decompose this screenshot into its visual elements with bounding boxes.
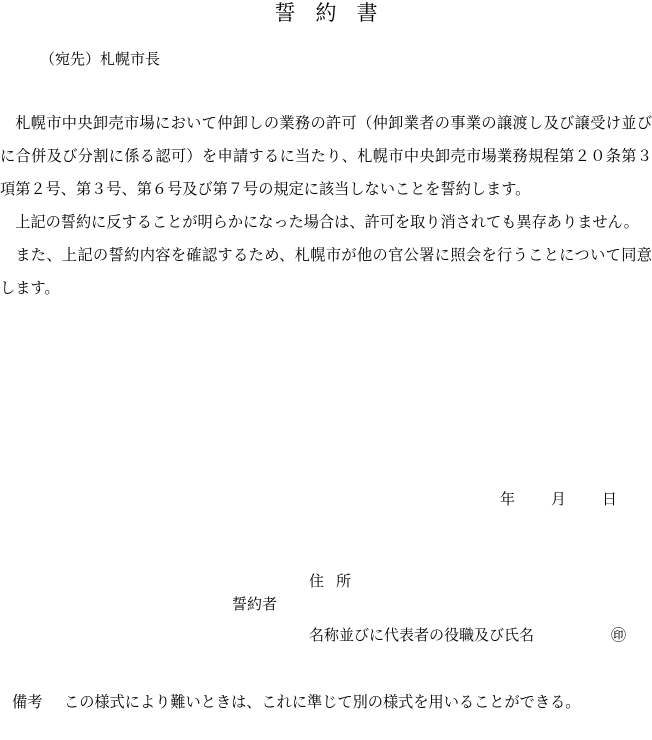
month-label: 月 — [551, 489, 566, 509]
date-line: 年月日 — [500, 489, 617, 509]
pledge-paragraph-3: また、上記の誓約内容を確認するため、札幌市が他の官公署に照会を行うことについて同… — [0, 239, 652, 305]
name-and-title-label: 名称並びに代表者の役職及び氏名 — [309, 625, 534, 645]
pledger-label: 誓約者 — [232, 594, 277, 614]
document-title: 誓約書 — [0, 0, 652, 26]
year-label: 年 — [500, 489, 515, 509]
pledge-body: 札幌市中央卸売市場において仲卸しの業務の許可（仲卸業者の事業の譲渡し及び譲受け並… — [0, 107, 652, 305]
remarks: 備考 この様式により難いときは、これに準じて別の様式を用いることができる。 — [12, 687, 652, 717]
remarks-text: この様式により難いときは、これに準じて別の様式を用いることができる。 — [64, 687, 652, 717]
address-label: 住所 — [309, 571, 363, 591]
remarks-label: 備考 — [12, 687, 42, 717]
addressee: （宛先）札幌市長 — [40, 49, 160, 69]
pledge-paragraph-2: 上記の誓約に反することが明らかになった場合は、許可を取り消されても異存ありません… — [0, 206, 652, 239]
seal-icon: ㊞ — [611, 625, 626, 645]
day-label: 日 — [602, 489, 617, 509]
pledge-paragraph-1: 札幌市中央卸売市場において仲卸しの業務の許可（仲卸業者の事業の譲渡し及び譲受け並… — [0, 107, 652, 206]
